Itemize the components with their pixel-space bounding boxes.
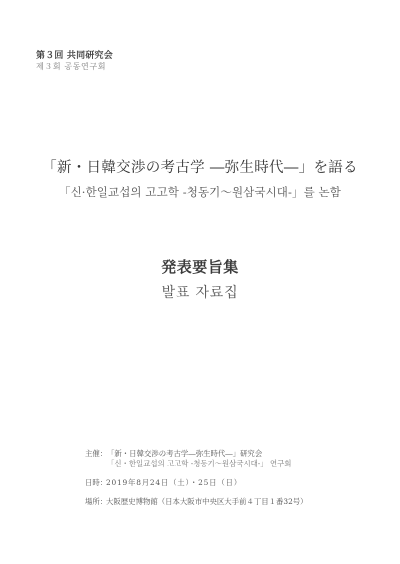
main-title-ko: 「신·한일교섭의 고고학 -청동기～원삼국시대-」를 논함 [0,184,400,200]
booklet-title-ko: 발표 자료집 [0,282,400,302]
place-value: 大阪歴史博物館（日本大阪市中央区大手前４丁目１番32号） [106,497,308,507]
date-value: 2019年8月24日（土）・25日（日） [106,478,242,488]
meeting-series-ko: 제３회 공동연구회 [36,61,106,72]
place-label: 場所： [85,497,107,507]
meeting-series-ja: 第３回 共同研究会 [36,48,113,61]
booklet-title-ja: 発表要旨集 [0,256,400,277]
organizer-ja: 「新・日韓交渉の考古学―弥生時代―」研究会 [107,449,262,459]
organizer-label: 主催： [85,449,107,459]
organizer-ko: 「신・한일교섭의 고고학 -청동기～원삼국시대-」 연구회 [107,459,291,469]
main-title-ja: 「新・日韓交渉の考古学 ―弥生時代―」を語る [0,156,400,177]
date-label: 日時： [85,478,107,488]
